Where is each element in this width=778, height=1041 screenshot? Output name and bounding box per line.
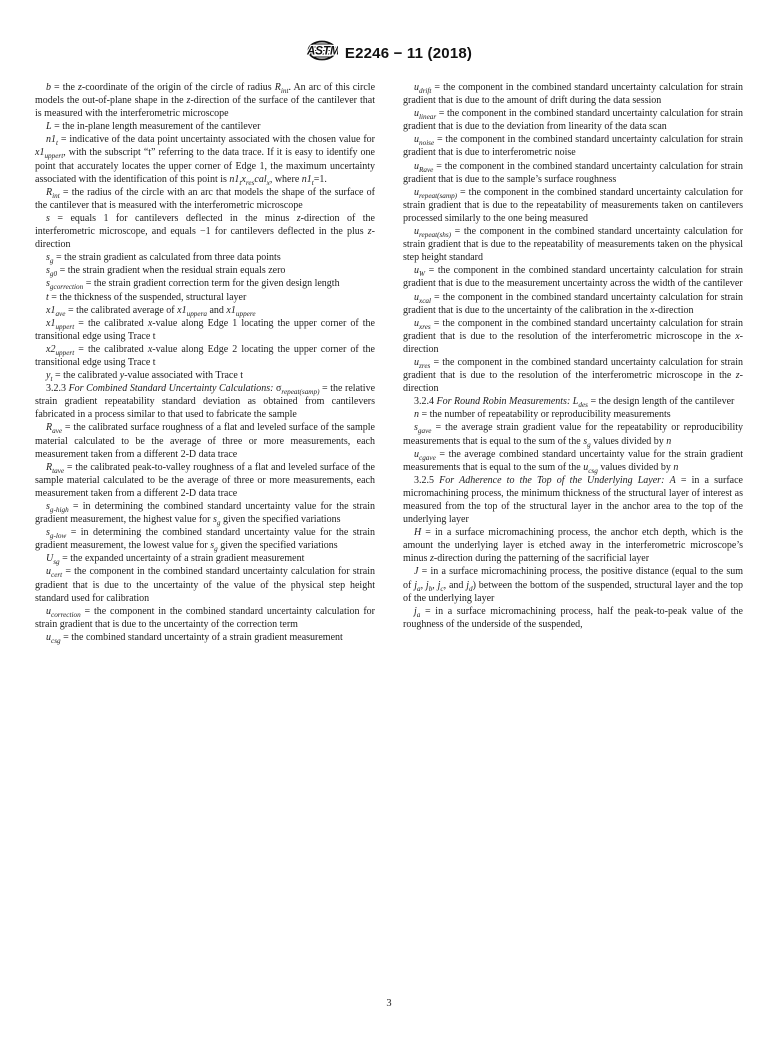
- definition-paragraph: uzres = the component in the combined st…: [403, 356, 743, 395]
- right-column: udrift = the component in the combined s…: [403, 81, 743, 644]
- definition-paragraph: ulinear = the component in the combined …: [403, 107, 743, 133]
- definition-paragraph: 3.2.4 For Round Robin Measurements: Ldes…: [403, 395, 743, 408]
- definition-paragraph: uW = the component in the combined stand…: [403, 264, 743, 290]
- definition-paragraph: 3.2.3 For Combined Standard Uncertainty …: [35, 382, 375, 421]
- definition-paragraph: ucorrection = the component in the combi…: [35, 605, 375, 631]
- definition-paragraph: unoise = the component in the combined s…: [403, 133, 743, 159]
- two-column-body: b = the z-coordinate of the origin of th…: [0, 81, 778, 644]
- definition-paragraph: sg = the strain gradient as calculated f…: [35, 251, 375, 264]
- definition-paragraph: b = the z-coordinate of the origin of th…: [35, 81, 375, 120]
- definition-paragraph: uxcal = the component in the combined st…: [403, 291, 743, 317]
- definition-paragraph: x1ave = the calibrated average of x1uppe…: [35, 304, 375, 317]
- definition-paragraph: ucgave = the average combined standard u…: [403, 448, 743, 474]
- definition-paragraph: Rtave = the calibrated peak-to-valley ro…: [35, 461, 375, 500]
- definition-paragraph: s = equals 1 for cantilevers deflected i…: [35, 212, 375, 251]
- definition-paragraph: sg0 = the strain gradient when the resid…: [35, 264, 375, 277]
- definition-paragraph: L = the in-plane length measurement of t…: [35, 120, 375, 133]
- definition-paragraph: sgave = the average strain gradient valu…: [403, 421, 743, 447]
- definition-paragraph: uRave = the component in the combined st…: [403, 160, 743, 186]
- definition-paragraph: sgcorrection = the strain gradient corre…: [35, 277, 375, 290]
- svg-text:ASTM: ASTM: [306, 46, 338, 58]
- definition-paragraph: J = in a surface micromachining process,…: [403, 565, 743, 604]
- document-page: ASTM E2246 − 11 (2018) b = the z-coordin…: [0, 0, 778, 1041]
- definition-paragraph: Rint = the radius of the circle with an …: [35, 186, 375, 212]
- definition-paragraph: n = the number of repeatability or repro…: [403, 408, 743, 421]
- definition-paragraph: sg-high = in determining the combined st…: [35, 500, 375, 526]
- definition-paragraph: urepeat(samp) = the component in the com…: [403, 186, 743, 225]
- definition-paragraph: Rave = the calibrated surface roughness …: [35, 421, 375, 460]
- page-footer: 3: [0, 998, 778, 1009]
- page-number: 3: [386, 998, 391, 1009]
- page-header: ASTM E2246 − 11 (2018): [0, 0, 778, 66]
- definition-paragraph: x1uppert = the calibrated x-value along …: [35, 317, 375, 343]
- left-column: b = the z-coordinate of the origin of th…: [35, 81, 375, 644]
- astm-logo-icon: ASTM: [306, 40, 338, 66]
- standard-designation: E2246 − 11 (2018): [345, 45, 472, 62]
- definition-paragraph: uxres = the component in the combined st…: [403, 317, 743, 356]
- definition-paragraph: t = the thickness of the suspended, stru…: [35, 291, 375, 304]
- definition-paragraph: 3.2.5 For Adherence to the Top of the Un…: [403, 474, 743, 526]
- definition-paragraph: Usg = the expanded uncertainty of a stra…: [35, 552, 375, 565]
- definition-paragraph: yt = the calibrated y-value associated w…: [35, 369, 375, 382]
- definition-paragraph: ucsg = the combined standard uncertainty…: [35, 631, 375, 644]
- definition-paragraph: urepeat(shs) = the component in the comb…: [403, 225, 743, 264]
- definition-paragraph: ucert = the component in the combined st…: [35, 565, 375, 604]
- definition-paragraph: sg-low = in determining the combined sta…: [35, 526, 375, 552]
- definition-paragraph: H = in a surface micromachining process,…: [403, 526, 743, 565]
- definition-paragraph: ja = in a surface micromachining process…: [403, 605, 743, 631]
- definition-paragraph: x2uppert = the calibrated x-value along …: [35, 343, 375, 369]
- definition-paragraph: udrift = the component in the combined s…: [403, 81, 743, 107]
- definition-paragraph: n1t = indicative of the data point uncer…: [35, 133, 375, 185]
